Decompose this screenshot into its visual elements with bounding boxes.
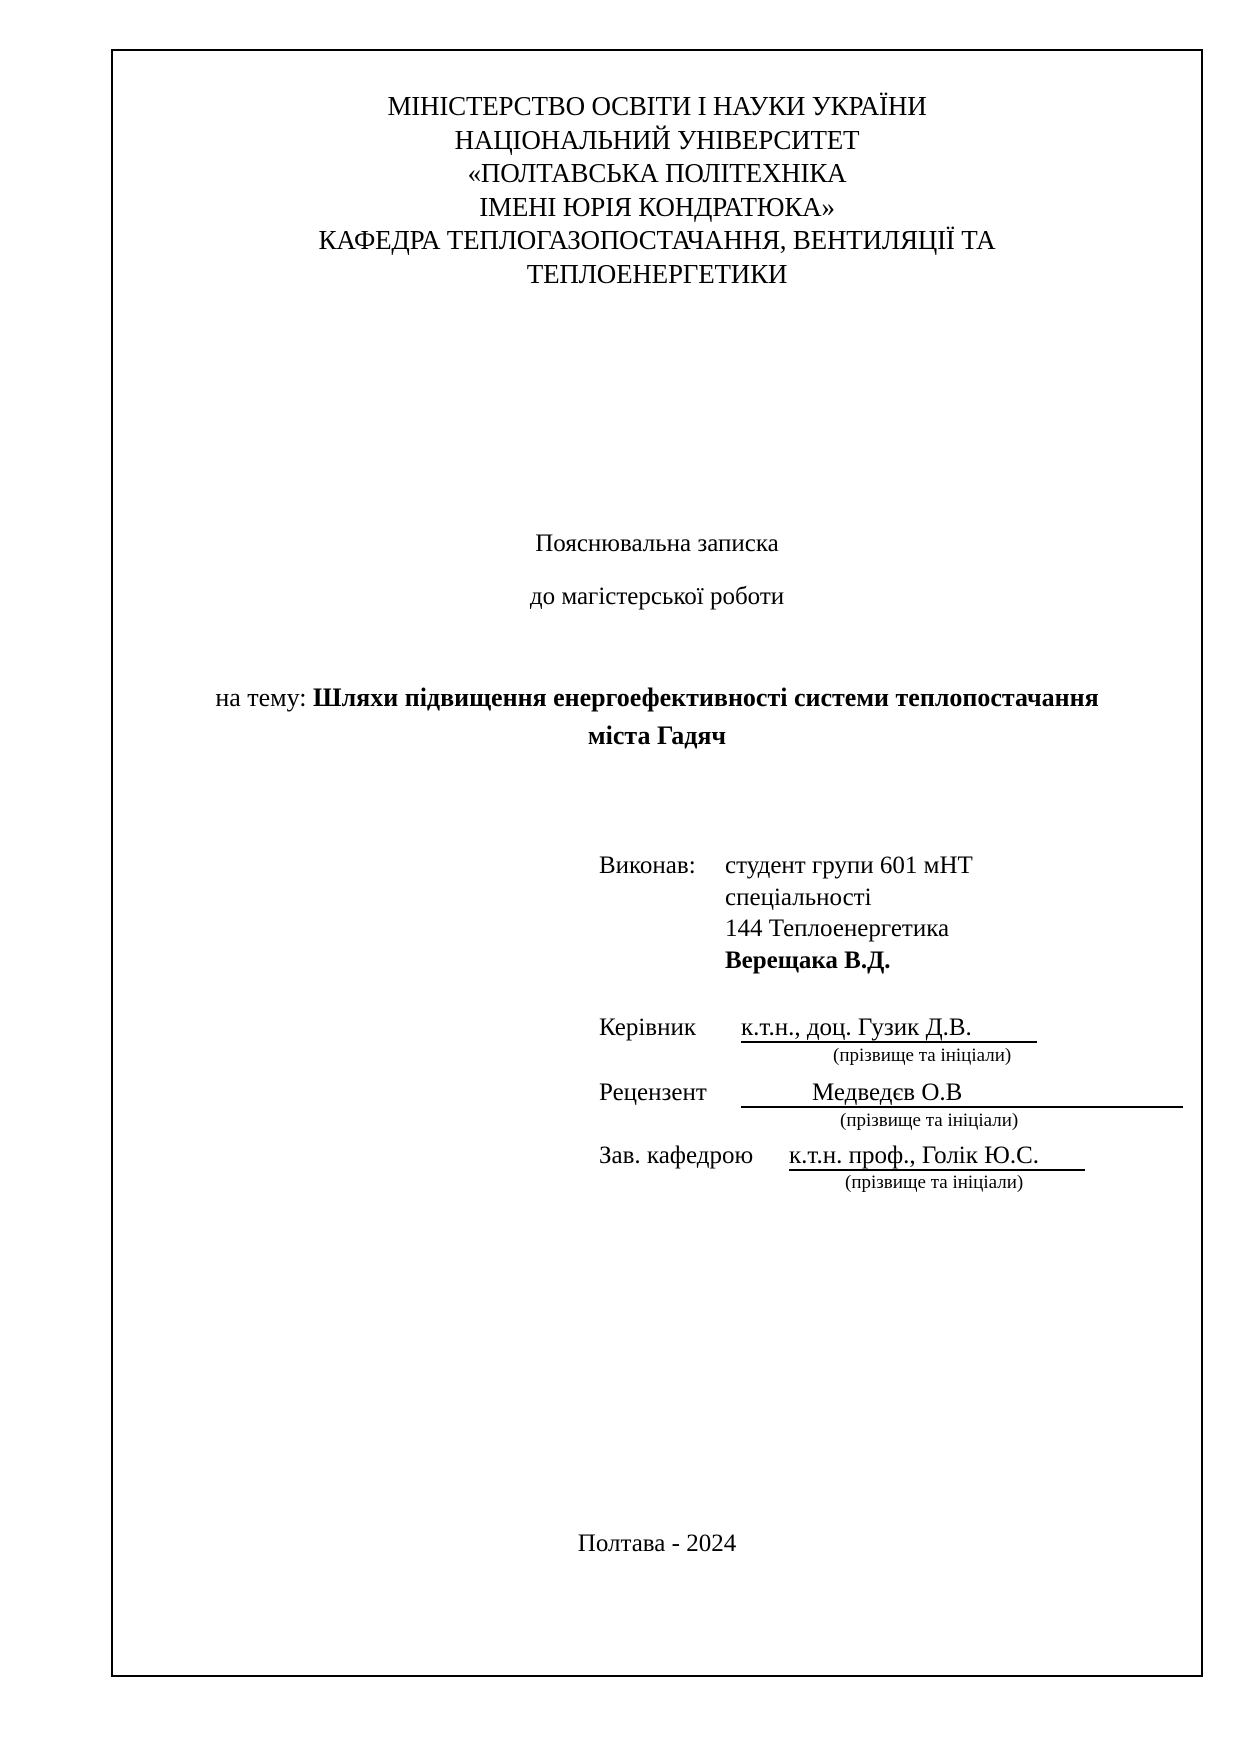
header-line-department-cont: ТЕПЛОЕНЕРГЕТИКИ [111,258,1203,292]
reviewer-hint: (прізвище та ініціали) [840,1110,1018,1132]
header-line-university: НАЦІОНАЛЬНИЙ УНІВЕРСИТЕТ [111,124,1203,158]
header-line-department: КАФЕДРА ТЕПЛОГАЗОПОСТАЧАННЯ, ВЕНТИЛЯЦІЇ … [111,224,1203,258]
topic-block: на тему: Шляхи підвищення енергоефективн… [111,679,1203,755]
author-label: Виконав: [599,850,696,882]
head-of-department-label: Зав. кафедрою [599,1140,753,1172]
author-specialty-label: спеціальності [725,882,872,914]
head-of-department-name: к.т.н. проф., Голік Ю.С. [789,1140,1039,1172]
supervisor-name: к.т.н., доц. Гузик Д.В. [741,1012,972,1044]
head-of-department-underline [789,1169,1085,1171]
supervisor-hint: (прізвище та ініціали) [833,1045,1011,1067]
supervisor-label: Керівник [599,1012,696,1044]
author-group: студент групи 601 мНТ [725,850,973,882]
topic-prefix: на тему: [215,683,313,712]
reviewer-label: Рецензент [599,1077,707,1109]
supervisor-underline [741,1041,1037,1043]
reviewer-name: Медведєв О.В [812,1077,962,1109]
reviewer-underline [741,1106,1183,1108]
header-line-polytechnic: «ПОЛТАВСЬКА ПОЛІТЕХНІКА [111,157,1203,191]
document-type-title: Пояснювальна записка [111,530,1203,558]
header-line-ministry: МІНІСТЕРСТВО ОСВІТИ І НАУКИ УКРАЇНИ [111,90,1203,124]
topic-title-line1: Шляхи підвищення енергоефективності сист… [313,683,1099,712]
topic-title-line2: міста Гадяч [111,717,1203,755]
city-year: Полтава - 2024 [111,1530,1203,1558]
author-specialty: 144 Теплоенергетика [725,913,949,945]
head-of-department-hint: (прізвище та ініціали) [845,1172,1023,1194]
document-type-subtitle: до магістерської роботи [111,583,1203,611]
institution-header: МІНІСТЕРСТВО ОСВІТИ І НАУКИ УКРАЇНИ НАЦІ… [111,90,1203,291]
header-line-named-after: ІМЕНІ ЮРІЯ КОНДРАТЮКА» [111,191,1203,225]
author-name: Верещака В.Д. [725,945,891,977]
